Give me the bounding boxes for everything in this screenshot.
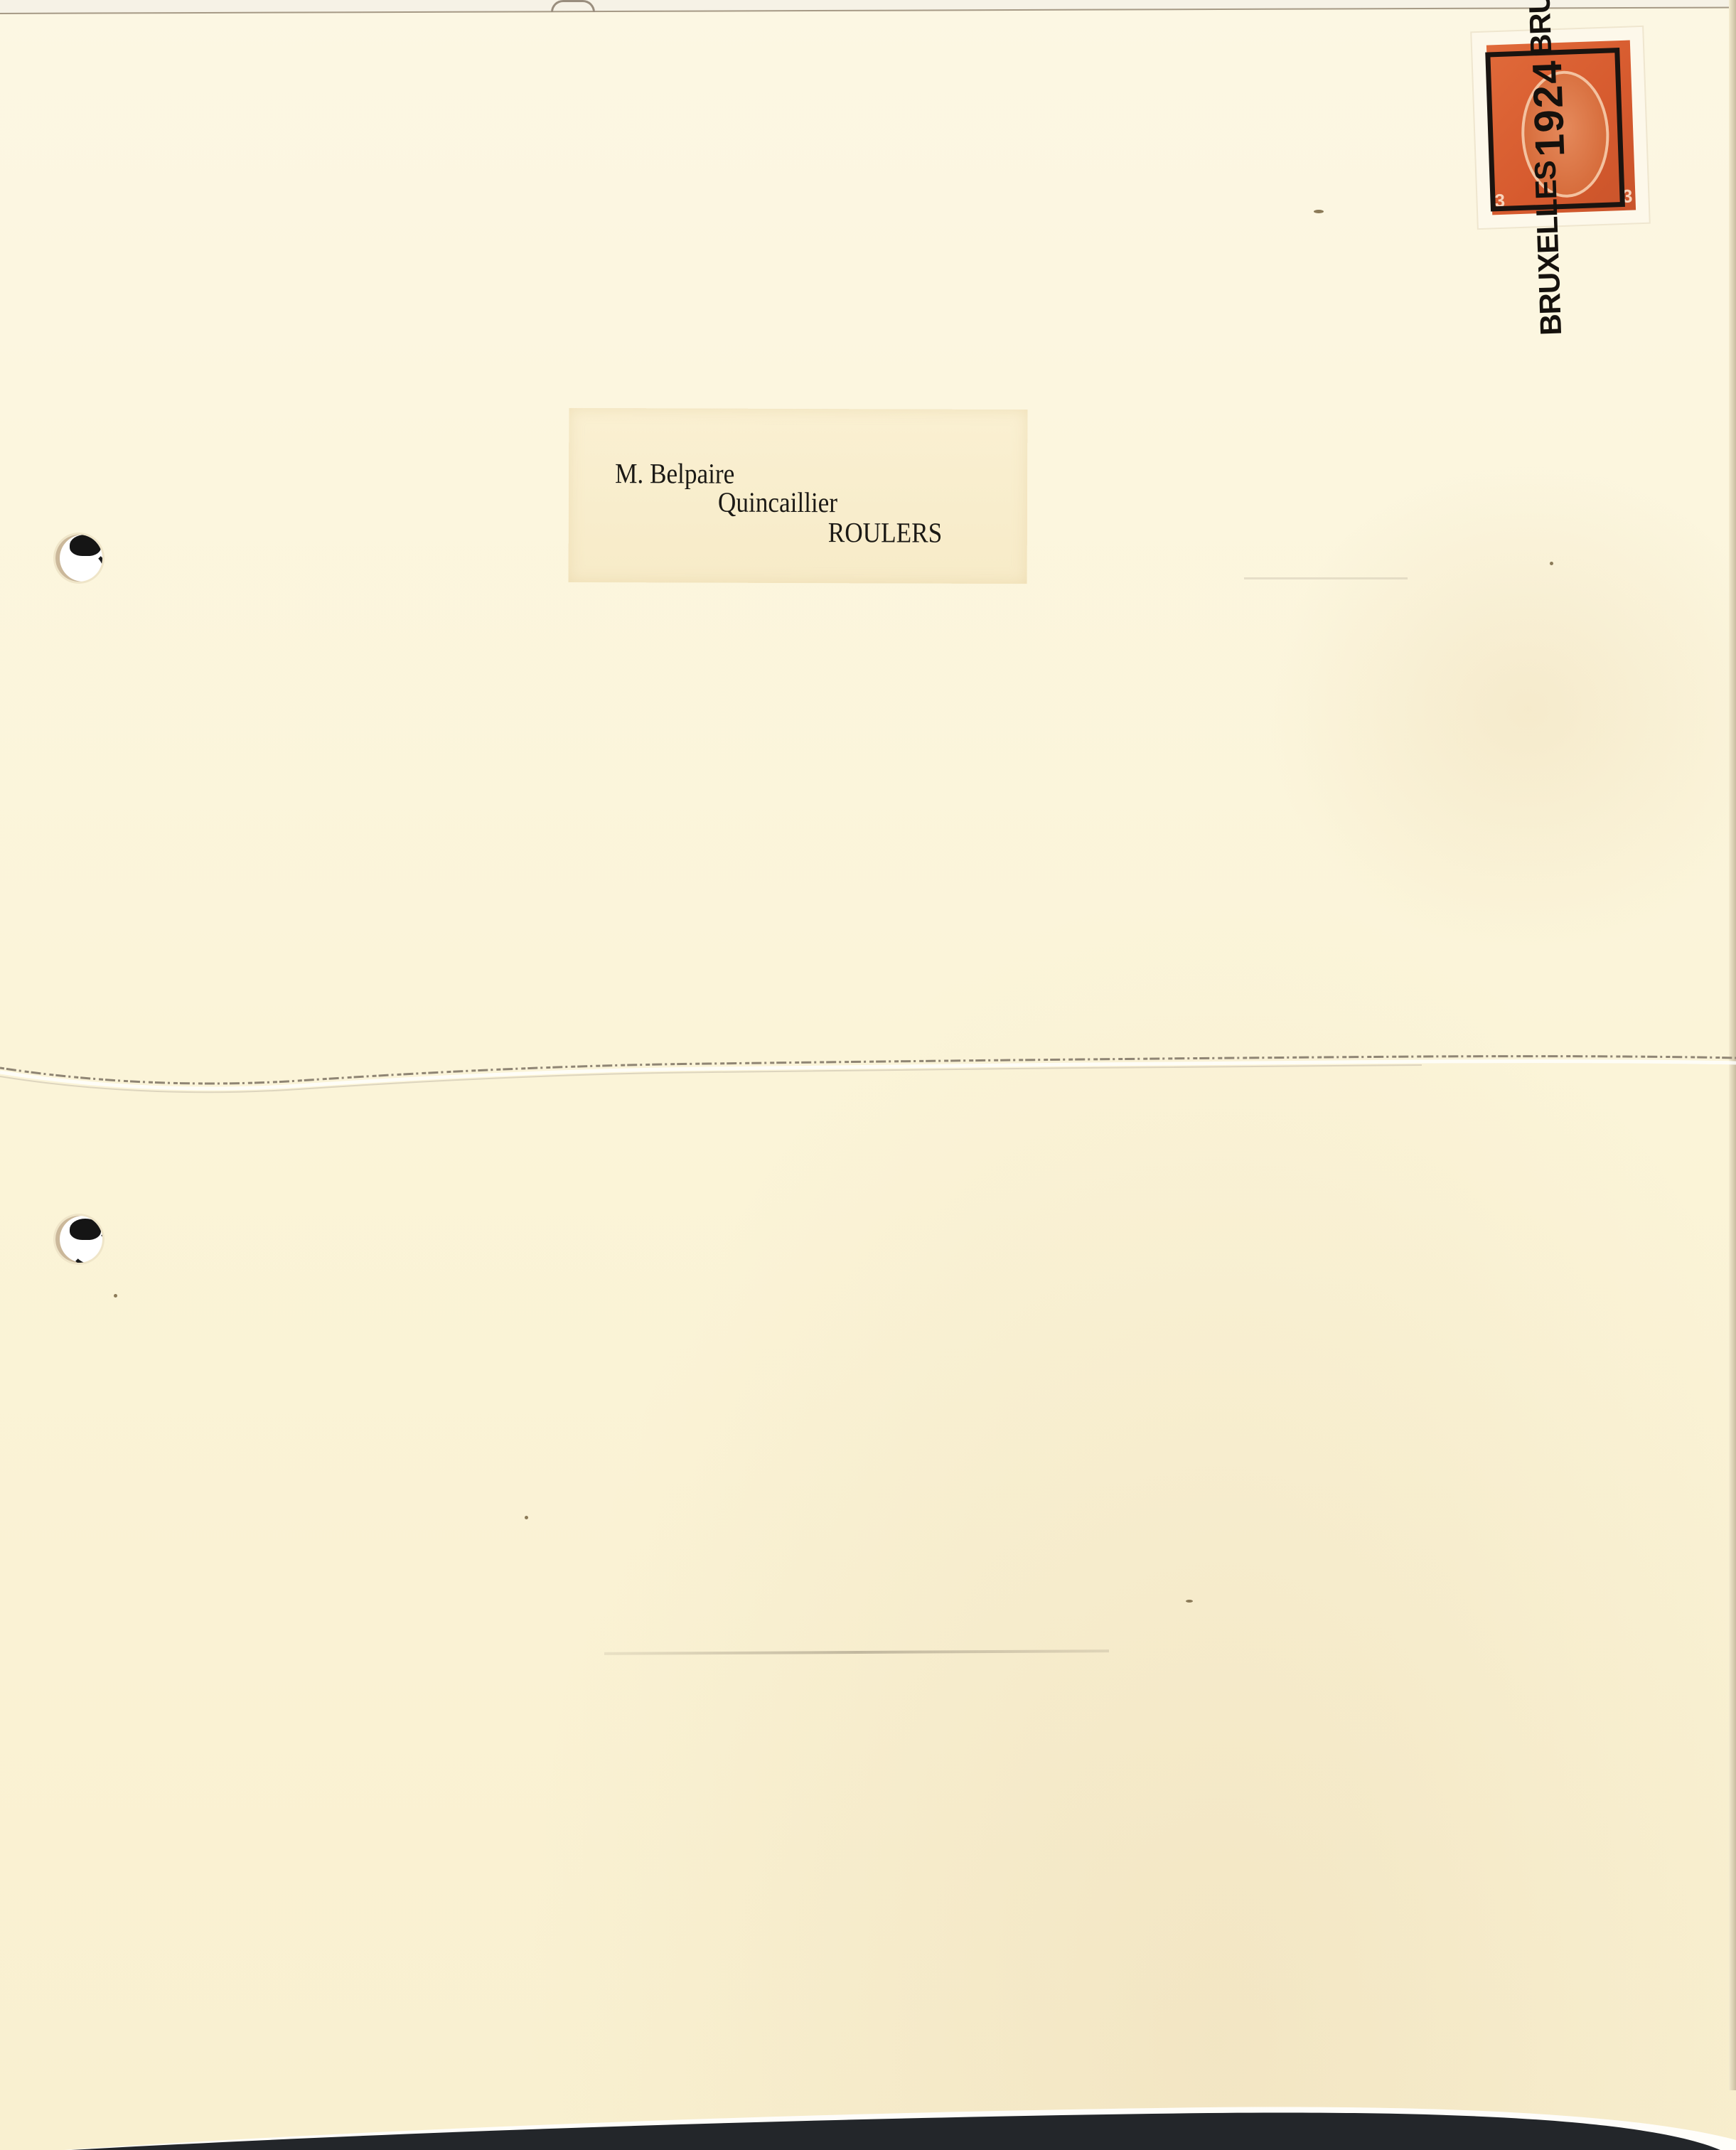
recipient-name: M. Belpaire [615, 456, 734, 491]
paper-speck [114, 1294, 117, 1298]
paper-speck [1550, 562, 1553, 565]
address-label: M. Belpaire Quincaillier ROULERS [569, 408, 1028, 584]
overprint-year: 1924 [1527, 58, 1572, 157]
faint-crease [1244, 577, 1408, 579]
background-surface [0, 2104, 1736, 2150]
top-notch [551, 0, 595, 12]
precancel-overprint: BRUXELLES 1924 BRUSSEL [1479, 49, 1619, 203]
lower-punch-hole [55, 1216, 102, 1263]
recipient-occupation: Quincaillier [718, 486, 837, 520]
recipient-city: ROULERS [828, 515, 943, 550]
overprint-line-2: BRUSSEL [1522, 0, 1568, 55]
right-paper-edge [1729, 0, 1736, 2090]
overprint-line-1: BRUXELLES [1531, 160, 1578, 336]
upper-punch-hole [55, 535, 102, 582]
postage-stamp: 3 3 BRUXELLES 1924 BRUSSEL [1472, 27, 1649, 228]
paper-speck [1186, 1600, 1193, 1603]
paper-speck [1314, 210, 1324, 213]
horizontal-fold-line [0, 1052, 1736, 1095]
paper-speck [525, 1516, 528, 1519]
